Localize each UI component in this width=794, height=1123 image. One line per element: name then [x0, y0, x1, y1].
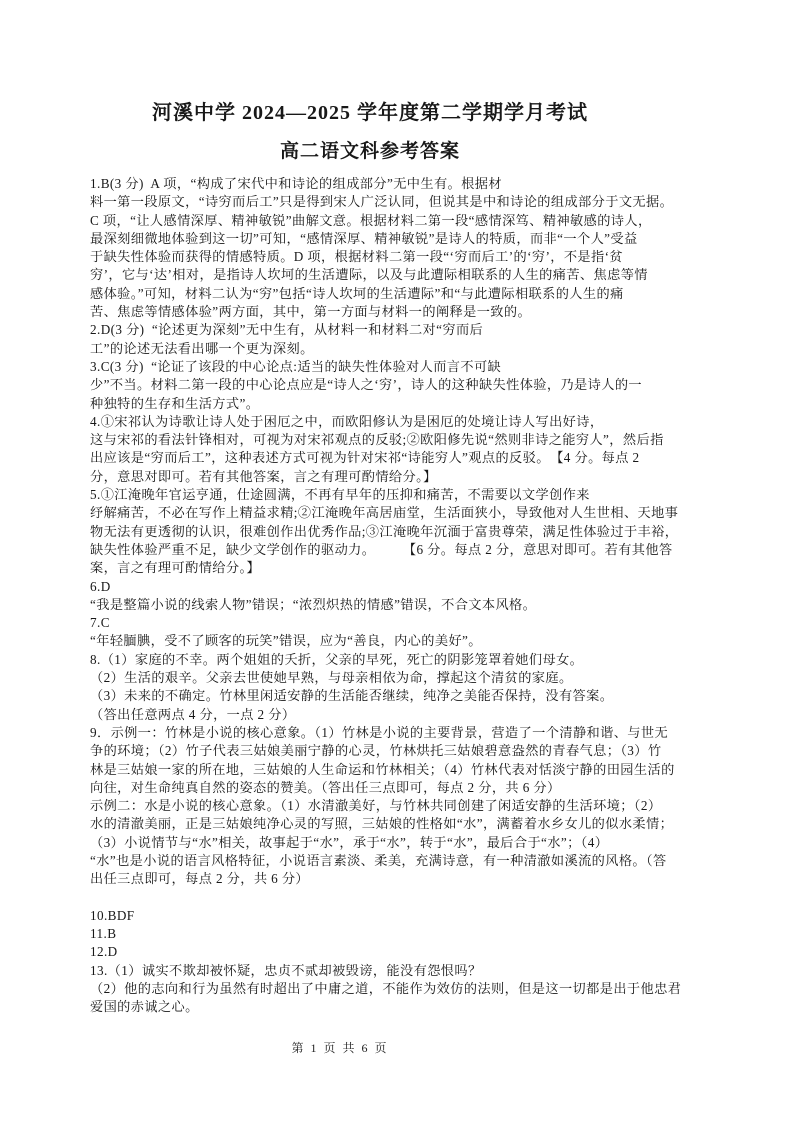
- text-line: 种独特的生存和生活方式”。: [90, 395, 714, 413]
- text-line: （答出任意两点 4 分，一点 2 分）: [90, 706, 714, 724]
- text-line: 6.D: [90, 578, 714, 596]
- answer-body: 1.B(3 分) A 项，“构成了宋代中和诗论的组成部分”无中生有。根据材料一第…: [90, 175, 714, 1017]
- text-line: C 项，“让人感情深厚、精神敏锐”曲解文意。根据材料二第一段“感情深笃、精神敏感…: [90, 212, 714, 230]
- text-line: “我是整篇小说的线索人物”错误；“浓烈炽热的情感”错误，不合文本风格。: [90, 596, 714, 614]
- page-footer: 第 1 页 共 6 页: [30, 1040, 650, 1056]
- text-line: 这与宋祁的看法针锋相对，可视为对宋祁观点的反驳;②欧阳修先说“然则非诗之能穷人”…: [90, 431, 714, 449]
- text-line: 穷’，它与‘达’相对，是指诗人坎坷的生活遭际，以及与此遭际相联系的人生的痛苦、焦…: [90, 266, 714, 284]
- text-line: 8.（1）家庭的不幸。两个姐姐的夭折，父亲的早死，死亡的阴影笼罩着她们母女。: [90, 651, 714, 669]
- text-line: 示例二：水是小说的核心意象。（1）水清澈美好，与竹林共同创建了闲适安静的生活环境…: [90, 797, 714, 815]
- document-title: 河溪中学 2024—2025 学年度第二学期学月考试: [60, 100, 680, 126]
- text-line: 10.BDF: [90, 907, 714, 925]
- text-line: 2.D(3 分) “论述更为深刻”无中生有，从材料一和材料二对“穷而后: [90, 321, 714, 339]
- text-line: 1.B(3 分) A 项，“构成了宋代中和诗论的组成部分”无中生有。根据材: [90, 175, 714, 193]
- text-line: 物无法有更透彻的认识，很难创作出优秀作品;③江淹晚年沉湎于富贵尊荣，满足性体验过…: [90, 523, 714, 541]
- text-line: 7.C: [90, 614, 714, 632]
- text-line: （3）未来的不确定。竹林里闲适安静的生活能否继续，纯净之美能否保持，没有答案。: [90, 687, 714, 705]
- text-line: 4.①宋祁认为诗歌让诗人处于困厄之中，而欧阳修认为是困厄的处境让诗人写出好诗，: [90, 413, 714, 431]
- text-line: 少”不当。材料二第一段的中心论点应是“诗人之‘穷’，诗人的这种缺失性体验，乃是诗…: [90, 376, 714, 394]
- text-line: “年轻腼腆，受不了顾客的玩笑”错误，应为“善良，内心的美好”。: [90, 632, 714, 650]
- text-line: 苦、焦虑等情感体验”两方面，其中，第一方面与材料一的阐释是一致的。: [90, 303, 714, 321]
- text-line: 缺失性体验严重不足，缺少文学创作的驱动力。 【6 分。每点 2 分，意思对即可。…: [90, 541, 714, 559]
- document-page: 河溪中学 2024—2025 学年度第二学期学月考试 高二语文科参考答案 1.B…: [0, 0, 794, 1123]
- document-subtitle: 高二语文科参考答案: [60, 139, 680, 164]
- text-line: 11.B: [90, 925, 714, 943]
- text-line: 分，意思对即可。若有其他答案，言之有理可酌情给分。】: [90, 468, 714, 486]
- text-line: 5.①江淹晚年官运亨通，仕途圆满，不再有早年的压抑和痛苦，不需要以文学创作来: [90, 486, 714, 504]
- text-line: 感体验。”可知，材料二认为“穷”包括“诗人坎坷的生活遭际”和“与此遭际相联系的人…: [90, 285, 714, 303]
- text-line: 出任三点即可，每点 2 分，共 6 分）: [90, 870, 714, 888]
- text-line: 3.C(3 分) “论证了该段的中心论点:适当的缺失性体验对人而言不可缺: [90, 358, 714, 376]
- text-line: 水的清澈美丽，正是三姑娘纯净心灵的写照，三姑娘的性格如“水”，满蓄着水乡女儿的似…: [90, 815, 714, 833]
- text-line: 出应该是“穷而后工”，这种表述方式可视为针对宋祁“诗能穷人”观点的反驳。 【4 …: [90, 449, 714, 467]
- text-line: 12.D: [90, 943, 714, 961]
- text-line: 9．示例一：竹林是小说的核心意象。（1）竹林是小说的主要背景，营造了一个清静和谐…: [90, 724, 714, 742]
- text-line: 爱国的赤诚之心。: [90, 998, 714, 1016]
- text-line: （3）小说情节与“水”相关，故事起于“水”，承于“水”，转于“水”，最后合于“水…: [90, 834, 714, 852]
- text-line: （2）他的志向和行为虽然有时超出了中庸之道，不能作为效仿的法则，但是这一切都是出…: [90, 980, 714, 998]
- text-line: （2）生活的艰辛。父亲去世使她早熟，与母亲相依为命，撑起这个清贫的家庭。: [90, 669, 714, 687]
- text-line: [90, 889, 714, 907]
- text-line: 料一第一段原文，“诗穷而后工”只是得到宋人广泛认同，但说其是中和诗论的组成部分于…: [90, 193, 714, 211]
- text-line: “水”也是小说的语言风格特征，小说语言素淡、柔美，充满诗意，有一种清澈如溪流的风…: [90, 852, 714, 870]
- text-line: 工”的论述无法看出哪一个更为深刻。: [90, 340, 714, 358]
- text-line: 案，言之有理可酌情给分。】: [90, 559, 714, 577]
- text-line: 13.（1）诚实不欺却被怀疑，忠贞不贰却被毁谤，能没有怨恨吗？: [90, 962, 714, 980]
- text-line: 林是三姑娘一家的所在地，三姑娘的人生命运和竹林相关；（4）竹林代表对恬淡宁静的田…: [90, 761, 714, 779]
- text-line: 于缺失性体验而获得的情感特质。D 项，根据材料二第一段“‘穷而后工’的‘穷’，不…: [90, 248, 714, 266]
- text-line: 争的环境；（2）竹子代表三姑娘美丽宁静的心灵，竹林烘托三姑娘碧意盎然的青春气息；…: [90, 742, 714, 760]
- text-line: 向往，对生命纯真自然的姿态的赞美。（答出任三点即可，每点 2 分，共 6 分）: [90, 779, 714, 797]
- text-line: 最深刻细微地体验到这一切”可知，“感情深厚、精神敏锐”是诗人的特质，而非“一个人…: [90, 230, 714, 248]
- text-line: 纾解痛苦，不必在写作上精益求精;②江淹晚年高居庙堂，生活面狭小，导致他对人生世相…: [90, 504, 714, 522]
